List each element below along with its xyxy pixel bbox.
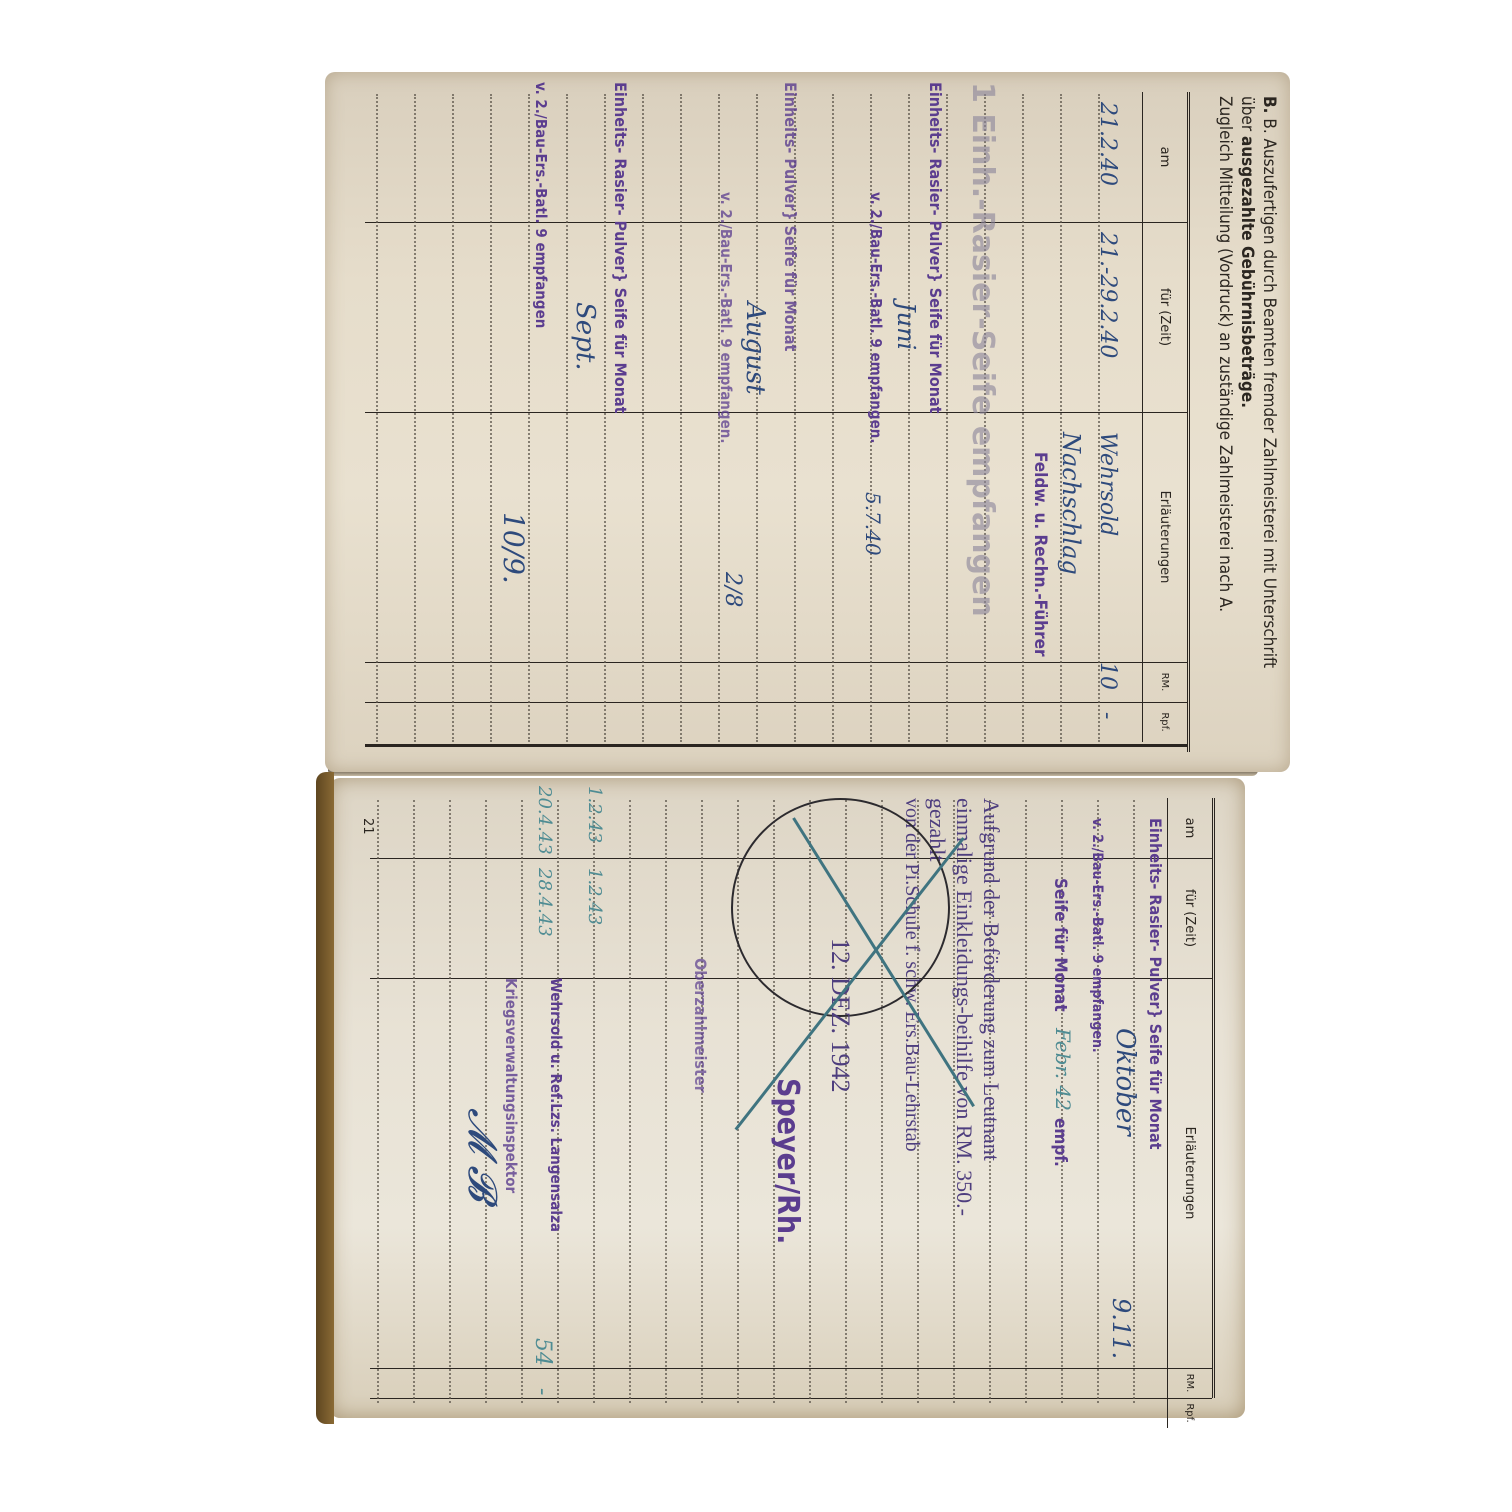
entry-period: 28.4.43 [534,868,555,937]
dotted-row-rule [701,800,703,1403]
dotted-row-rule [604,94,606,742]
column-divider [370,1368,1212,1369]
column-header-am: am [1167,798,1212,858]
header-line-1: B. Auszufertigen durch Beamten fremder Z… [1259,118,1279,668]
column-header-rpf: Rpf. [1167,1398,1212,1428]
dotted-row-rule [449,800,451,1403]
entry-date-am: 1.2.43 [584,786,605,843]
stamp-unit: v. 2./Bau-Ers.-Batl. 9 empfangen. [1089,818,1105,1053]
stamp-feldwebel: Feldw. u. Rechn.-Führer [1030,452,1050,657]
dotted-row-rule [1060,94,1062,742]
entry-period: 1.2.43 [584,868,605,925]
stamp-suffix: empf. [1050,1118,1070,1167]
column-divider [365,702,1187,703]
dotted-row-rule [1098,94,1100,742]
dotted-row-rule [490,94,492,742]
header-line-2-bold: ausgezahlte Gebührnisbeträge. [1237,136,1257,408]
dotted-row-rule [452,94,454,742]
handwritten-date: 5.7.40 [861,492,885,556]
column-divider [370,1398,1212,1399]
column-divider [365,412,1187,413]
stamp-soap-received: Einheits- Pulver} Seife für Monat [781,82,800,351]
column-header-rm: RM. [1142,662,1187,702]
handwritten-month: Oktober [1110,1028,1140,1136]
handwritten-month: Juni [892,302,920,350]
header-line-2-prefix: über [1237,96,1257,136]
stamp-soap-received: Einheits- Rasier- Pulver} Seife für Mona… [1146,818,1165,1150]
entry-amount-rm: 54 [530,1338,555,1366]
table-right-border [365,744,1187,747]
faded-stamp-soap: 1 Einh.-Rasier-Seife empfangen [965,82,1000,617]
handwritten-month: Febr. 42 [1051,1028,1075,1111]
stamp-soap-received: Einheits- Rasier- Pulver} Seife für Mona… [611,82,630,414]
dotted-row-rule [1025,800,1027,1403]
officer-signature: 𝓜 𝓑 [459,1108,505,1201]
dotted-row-rule [566,94,568,742]
dotted-row-rule [629,800,631,1403]
entry-amount-rm: 10 [1095,662,1120,690]
handwritten-date: 9.11. [1107,1298,1135,1359]
entry-amount-rpf: - [1095,712,1120,719]
stamp-place: Speyer/Rh. [770,1078,805,1244]
stamp-unit: v. 2./Bau-Ers.-Batl. 9 empfangen [532,82,550,328]
dotted-row-rule [756,94,758,742]
dotted-row-rule [377,800,379,1403]
column-header-am: am [1142,92,1187,222]
column-header-rpf: Rpf. [1142,702,1187,742]
stamp-date: 12. DEZ. 1942 [825,938,855,1093]
form-section-header: B. B. Auszufertigen durch Beamten fremde… [1214,96,1280,752]
stamp-soap-received: Einheits- Rasier- Pulver} Seife für Mona… [926,82,945,414]
entry-amount-rpf: - [530,1388,555,1395]
column-divider [365,662,1187,663]
dotted-row-rule [946,94,948,742]
dotted-row-rule [642,94,644,742]
column-header-erlaeuterungen: Erläuterungen [1142,412,1187,662]
page-lower: am für (Zeit) Erläuterungen RM. Rpf. Ein… [330,778,1245,1418]
entry-date-am: 21.2.40 [1095,102,1120,186]
stamp-soap-month: Seife für Monat [1050,878,1070,1012]
dotted-row-rule [376,94,378,742]
dotted-row-rule [832,94,834,742]
signature-nachschlag: Nachschlag [1057,432,1085,575]
dotted-row-rule [414,94,416,742]
dotted-row-rule [528,94,530,742]
dotted-row-rule [680,94,682,742]
dotted-row-rule [521,800,523,1403]
stamp-wehrsold: Wehrsold u. Ref.Lzs. Langensalza [547,978,565,1232]
dotted-row-rule [485,800,487,1403]
handwritten-month: Sept. [570,302,600,371]
payment-table: am für (Zeit) Erläuterungen RM. Rpf. [365,92,1190,752]
dotted-row-rule [1022,94,1024,742]
dotted-row-rule [665,800,667,1403]
stamp-oberzahlmeister: Oberzahlmeister [691,958,710,1093]
column-header-erlaeuterungen: Erläuterungen [1167,978,1212,1368]
dotted-row-rule [908,94,910,742]
handwritten-date: 2/8 [720,572,745,607]
column-header-zeit: für (Zeit) [1142,222,1187,412]
page-number: 21 [360,818,375,835]
dotted-row-rule [413,800,415,1403]
stamp-unit: v. 2./Bau-Ers.-Batl. 9 empfangen. [717,192,735,443]
handwritten-month: August [740,302,770,395]
page-upper: B. B. Auszufertigen durch Beamten fremde… [325,72,1290,772]
column-header-zeit: für (Zeit) [1167,858,1212,978]
handwritten-date: 10/9. [497,512,530,584]
entry-date-am: 20.4.43 [534,786,555,855]
entry-description: Wehrsold [1095,432,1120,536]
column-header-rm: RM. [1167,1368,1212,1398]
header-line-3: Zugleich Mitteilung (Vordruck) an zustän… [1214,96,1236,752]
column-divider [365,222,1187,223]
entry-period: 21.-29.2.40 [1095,232,1120,358]
stamp-unit: v. 2./Bau-Ers.-Batl. 9 empfangen. [867,192,885,443]
